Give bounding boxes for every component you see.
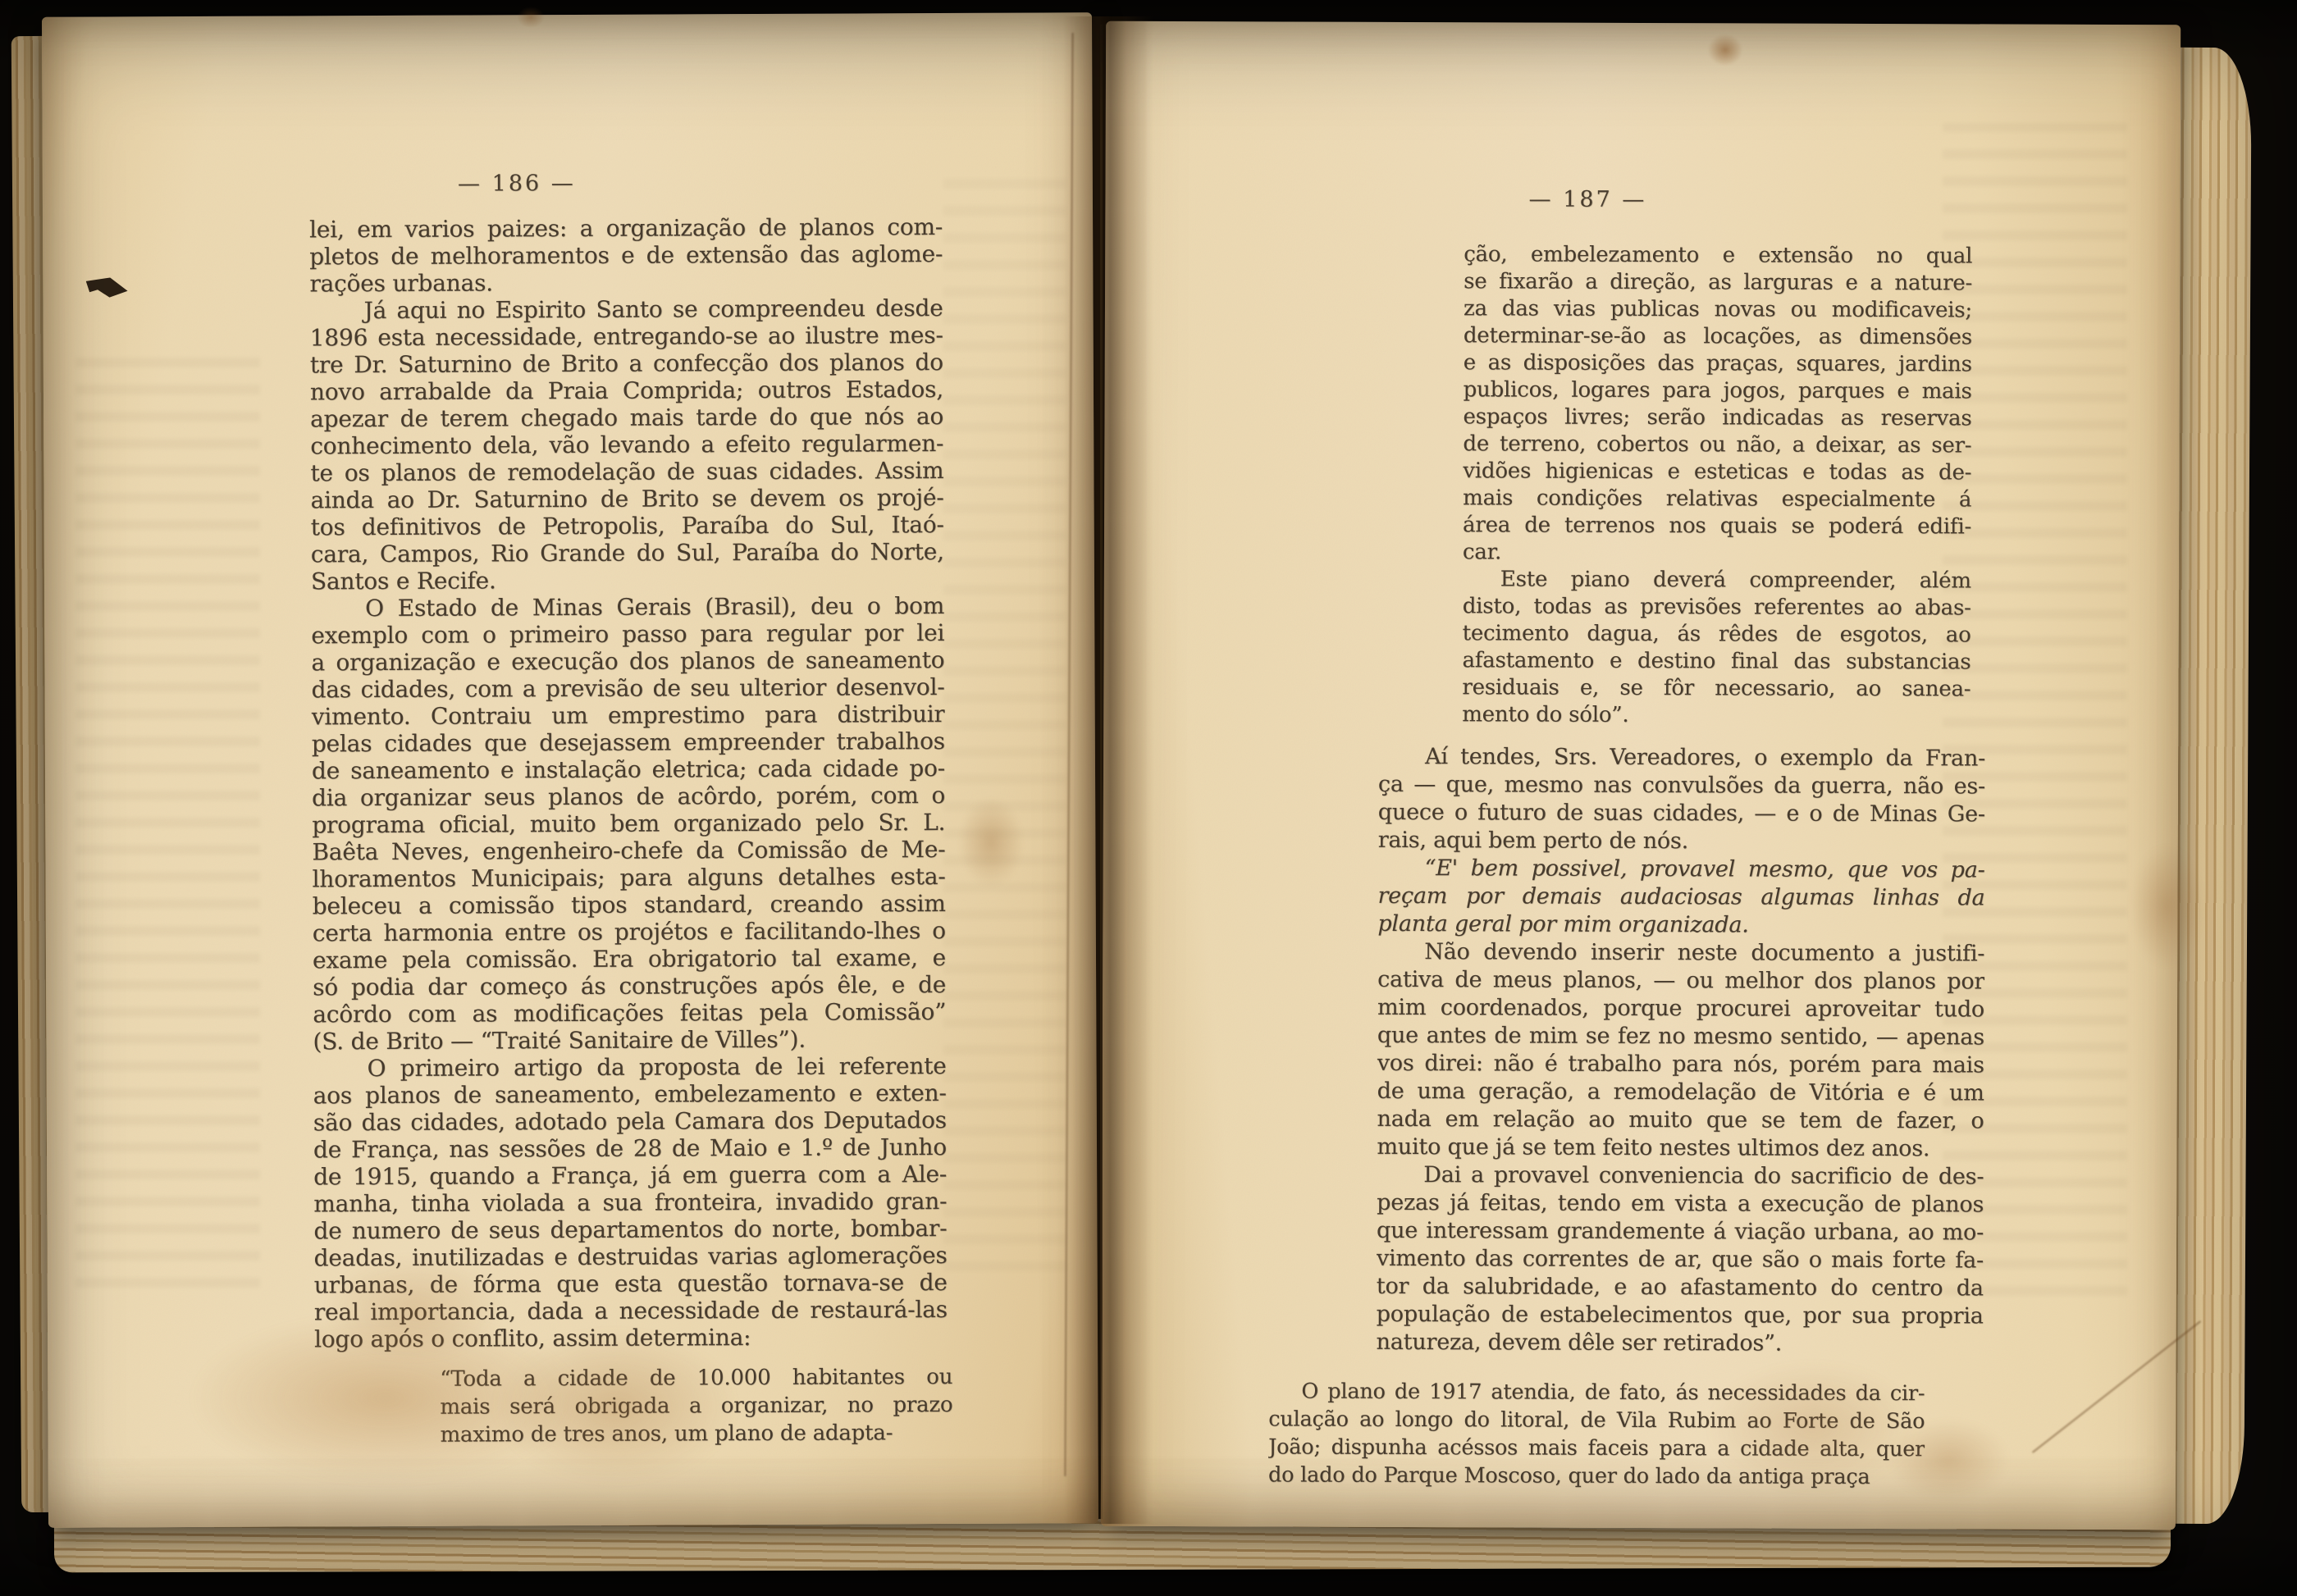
text-line: de terreno, cobertos ou não, a deixar, a… — [1463, 431, 1971, 459]
text-line: se fixarão a direção, as larguras e a na… — [1464, 268, 1972, 297]
text-line: beleceu a comissão tipos standard, crean… — [313, 890, 946, 919]
text-line: espaços livres; serão indicadas as reser… — [1463, 404, 1971, 432]
text-line: a organização e execução dos planos de s… — [311, 646, 944, 676]
text-line: de uma geração, a remodelação de Vitória… — [1377, 1078, 1984, 1108]
page-number-right: — 187 — — [1497, 186, 1678, 212]
text-line: de França, nas sessões de 28 de Maio e 1… — [313, 1133, 947, 1163]
text-line: (S. de Brito — “Traité Sanitaire de Vill… — [313, 1025, 946, 1055]
text-line: muito que já se tem feito nestes ultimos… — [1377, 1133, 1984, 1164]
paragraph: Não devendo inserir neste documento a ju… — [1377, 938, 1984, 1164]
text-line: aos planos de saneamento, embelezamento … — [313, 1079, 947, 1109]
text-line: mais condições relativas especialmente á — [1463, 485, 1971, 513]
book-page-right: — 187 — ção, embelezamento e extensão no… — [1101, 21, 2181, 1530]
text-line: mais será obrigada a organizar, no prazo — [440, 1391, 952, 1421]
text-line: mim coordenados, porque procurei aprovei… — [1377, 994, 1984, 1024]
text-line: que antes de mim se fez no mesmo sentido… — [1377, 1022, 1984, 1052]
text-line: te os planos de remodelação de suas cida… — [310, 457, 943, 486]
text-line: planta geral por mim organizada. — [1377, 910, 1984, 941]
text-line: 1896 esta necessidade, entregando-se ao … — [310, 321, 943, 351]
text-line: são das cidades, adotado pela Camara dos… — [313, 1106, 947, 1136]
paragraph: O plano de 1917 atendia, de fato, ás nec… — [1268, 1377, 1925, 1491]
text-line: dia organizar seus planos de acôrdo, por… — [312, 782, 945, 811]
text-line: tor da salubridade, e ao afastamento do … — [1377, 1273, 1984, 1303]
text-line: apezar de terem chegado mais tarde do qu… — [310, 403, 943, 432]
paragraph: ção, embelezamento e extensão no qualse … — [1463, 241, 1972, 568]
text-line: O plano de 1917 atendia, de fato, ás nec… — [1268, 1377, 1925, 1407]
text-line: manha, tinha violada a sua fronteira, in… — [313, 1188, 947, 1217]
text-line: O Estado de Minas Gerais (Brasil), deu o… — [311, 592, 944, 622]
text-line: “E' bem possivel, provavel mesmo, que vo… — [1378, 855, 1985, 885]
text-line: pletos de melhoramentos e de extensão da… — [309, 240, 943, 270]
text-line: disto, todas as previsões referentes ao … — [1463, 593, 1971, 622]
text-line: só podia dar começo ás construções após … — [313, 971, 946, 1001]
text-line: deadas, inutilizadas e destruidas varias… — [314, 1242, 948, 1271]
page-text-column-right: ção, embelezamento e extensão no qualse … — [1376, 241, 1987, 1492]
text-line: urbanas, de fórma que esta questão torna… — [314, 1269, 948, 1298]
text-line: rais, aqui bem perto de nós. — [1378, 827, 1985, 857]
text-line: João; dispunha acéssos mais faceis para … — [1268, 1433, 1925, 1463]
text-line: exemplo com o primeiro passo para regula… — [311, 619, 944, 649]
text-line: Já aqui no Espirito Santo se compreendeu… — [309, 294, 943, 324]
text-line: nada em relação ao muito que se tem de f… — [1377, 1106, 1984, 1136]
text-line: população de estabelecimentos que, por s… — [1377, 1301, 1984, 1331]
text-line: “Toda a cidade de 10.000 habitantes ou — [440, 1363, 952, 1393]
text-line: culação ao longo do litoral, de Vila Rub… — [1268, 1405, 1925, 1435]
text-line: cara, Campos, Rio Grande do Sul, Paraíba… — [311, 538, 944, 568]
text-line: pezas já feitas, tendo em vista a execuç… — [1377, 1189, 1984, 1220]
text-line: certa harmonia entre os projétos e facil… — [313, 917, 946, 946]
text-line: Santos e Recife. — [311, 565, 944, 595]
book-photograph: — 186 — lei, em varios paizes: a organiz… — [0, 0, 2297, 1596]
text-line: Aí tendes, Srs. Vereadores, o exemplo da… — [1378, 743, 1985, 773]
text-line: cativa de meus planos, — ou melhor dos p… — [1377, 966, 1984, 996]
paragraph: Este piano deverá compreender, alémdisto… — [1462, 566, 1971, 730]
paragraph: Dai a provavel conveniencia do sacrifici… — [1377, 1161, 1984, 1359]
text-line: de saneamento e instalação eletrica; cad… — [312, 755, 945, 784]
text-line: natureza, devem dêle ser retirados”. — [1377, 1329, 1984, 1359]
text-line: rações urbanas. — [309, 267, 943, 297]
text-line: mento do sólo”. — [1462, 701, 1970, 730]
text-line: reçam por demais audaciosas algumas linh… — [1377, 882, 1984, 913]
paragraph: O Estado de Minas Gerais (Brasil), deu o… — [311, 592, 946, 1055]
text-line: publicos, logares para jogos, parques e … — [1464, 376, 1972, 405]
book-page-left: — 186 — lei, em varios paizes: a organiz… — [42, 12, 1098, 1528]
text-line: ção, embelezamento e extensão no qual — [1464, 241, 1972, 270]
text-line: ça — que, mesmo nas convulsões da guerra… — [1378, 771, 1985, 801]
text-line: determinar-se-ão as locações, as dimensõ… — [1464, 322, 1972, 351]
text-line: za das vias publicas novas ou modificave… — [1464, 295, 1972, 324]
text-line: tos definitivos de Petropolis, Paraíba d… — [311, 511, 944, 540]
paragraph: “E' bem possivel, provavel mesmo, que vo… — [1377, 855, 1984, 941]
text-line: que interessam grandemente á viação urba… — [1377, 1217, 1984, 1247]
page-number-left: — 186 — — [427, 171, 607, 197]
page-text-column-left: lei, em varios paizes: a organização de … — [309, 213, 948, 1449]
text-line: real importancia, dada a necessidade de … — [314, 1296, 948, 1325]
text-line: vimento das correntes de ar, que são o m… — [1377, 1245, 1984, 1275]
paragraph: Aí tendes, Srs. Vereadores, o exemplo da… — [1378, 743, 1985, 857]
text-line: área de terrenos nos quais se poderá edi… — [1463, 512, 1971, 540]
text-line: novo arrabalde da Praia Comprida; outros… — [310, 376, 943, 405]
text-line: maximo de tres anos, um plano de adapta- — [440, 1419, 952, 1449]
text-line: O primeiro artigo da proposta de lei ref… — [313, 1052, 947, 1082]
text-line: conhecimento dela, vão levando a efeito … — [310, 430, 943, 459]
text-line: quece o futuro de suas cidades, — e o de… — [1378, 799, 1985, 829]
paragraph: lei, em varios paizes: a organização de … — [309, 213, 943, 297]
text-line: residuais e, se fôr necessario, ao sanea… — [1462, 674, 1970, 703]
paragraph: “Toda a cidade de 10.000 habitantes ouma… — [440, 1363, 952, 1449]
text-line: tecimento dagua, ás rêdes de esgotos, ao — [1463, 620, 1971, 649]
text-line: ainda ao Dr. Saturnino de Brito se devem… — [310, 484, 943, 513]
text-line: vidões higienicas e esteticas e todas as… — [1463, 458, 1971, 486]
text-line: das cidades, com a previsão de seu ulter… — [311, 673, 944, 703]
text-line: Este piano deverá compreender, além — [1463, 566, 1971, 595]
book-gutter-shadow — [1063, 16, 1153, 1524]
text-line: vos direi: não é trabalho para nós, poré… — [1377, 1050, 1984, 1080]
text-line: do lado do Parque Moscoso, quer do lado … — [1268, 1461, 1925, 1491]
book-gutter-line — [1100, 25, 1103, 1519]
paragraph: O primeiro artigo da proposta de lei ref… — [313, 1052, 948, 1352]
text-line: afastamento e destino final das substanc… — [1462, 647, 1970, 676]
paragraph: Já aqui no Espirito Santo se compreendeu… — [309, 294, 944, 595]
text-line: vimento. Contraiu um emprestimo para dis… — [312, 700, 945, 730]
text-line: tre Dr. Saturnino de Brito a confecção d… — [310, 349, 943, 378]
page-stack-right-edge — [2168, 48, 2251, 1524]
text-line: lei, em varios paizes: a organização de … — [309, 213, 943, 243]
text-line: acôrdo com as modificações feitas pela C… — [313, 998, 946, 1028]
text-line: Dai a provavel conveniencia do sacrifici… — [1377, 1161, 1984, 1192]
text-line: exame pela comissão. Era obrigatorio tal… — [313, 944, 946, 974]
text-line: Baêta Neves, engenheiro-chefe da Comissã… — [312, 836, 945, 865]
text-line: lhoramentos Municipais; para alguns deta… — [313, 863, 946, 892]
text-line: Não devendo inserir neste documento a ju… — [1377, 938, 1984, 969]
text-line: car. — [1463, 539, 1971, 568]
text-line: logo após o conflito, assim determina: — [314, 1323, 948, 1352]
text-line: de 1915, quando a França, já em guerra c… — [313, 1161, 947, 1190]
text-line: de numero de seus departamentos do norte… — [313, 1215, 947, 1244]
text-line: e as disposições das praças, squares, ja… — [1464, 349, 1972, 378]
text-line: programa oficial, muito bem organizado p… — [312, 809, 945, 838]
text-line: pelas cidades que desejassem empreender … — [312, 727, 945, 757]
